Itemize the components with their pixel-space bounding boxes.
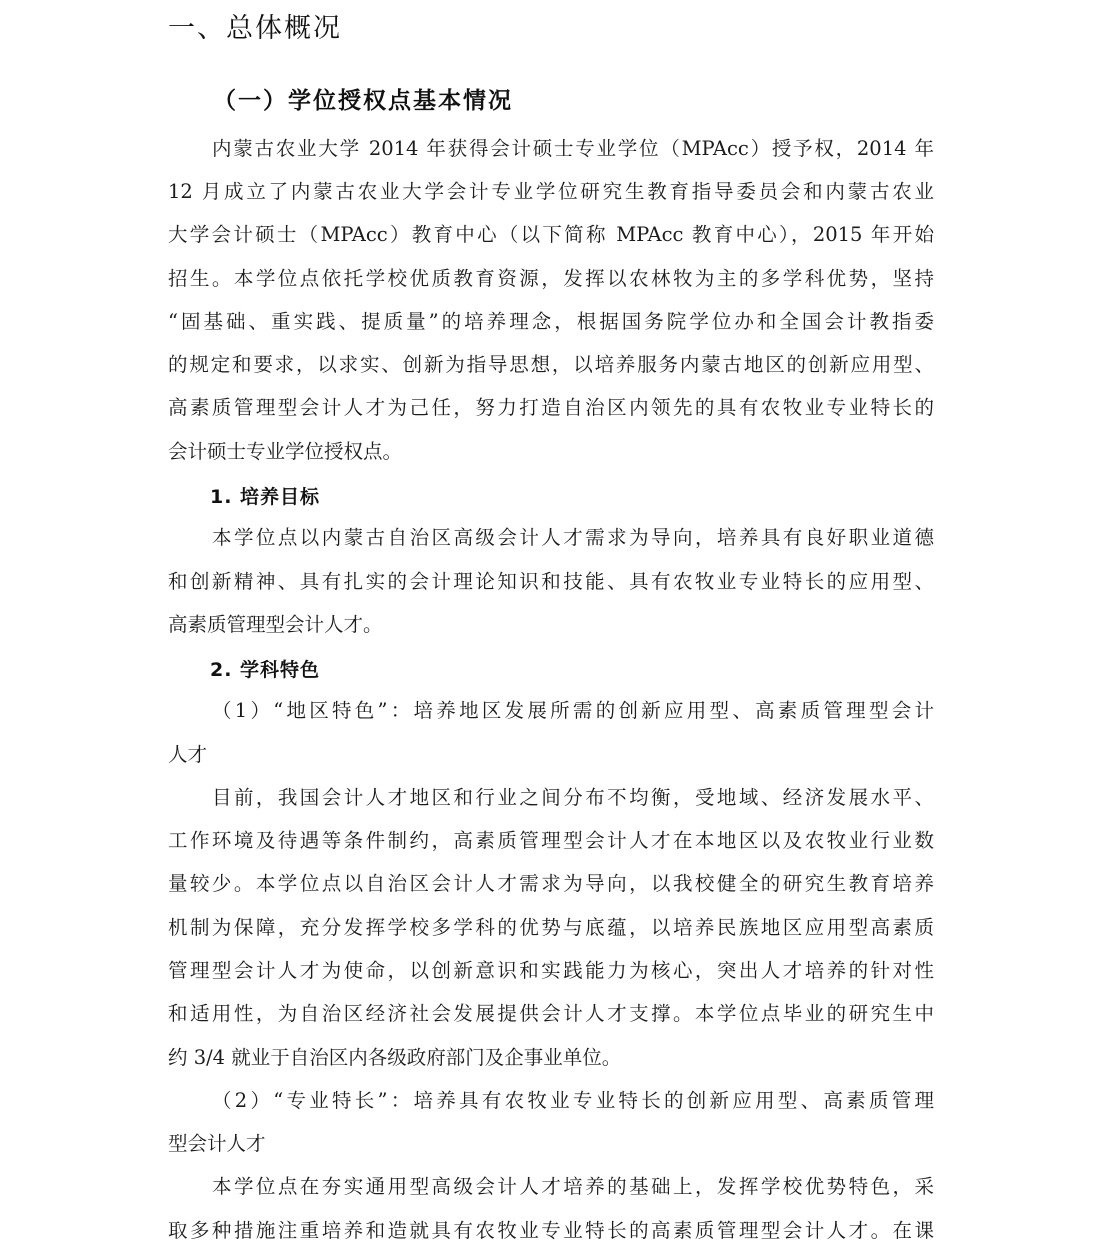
paragraph-line: 招生。本学位点依托学校优质教育资源，发挥以农林牧为主的多学科优势，坚持 xyxy=(168,264,934,294)
paragraph-line: 约 3/4 就业于自治区内各级政府部门及企事业单位。 xyxy=(168,1043,934,1073)
paragraph-line: 工作环境及待遇等条件制约，高素质管理型会计人才在本地区以及农牧业行业数 xyxy=(168,826,934,856)
paragraph-line: 高素质管理型会计人才。 xyxy=(168,610,934,640)
paragraph-line: 内蒙古农业大学 2014 年获得会计硕士专业学位（MPAcc）授予权，2014 … xyxy=(212,134,934,164)
feature-title-line: 型会计人才 xyxy=(168,1129,934,1159)
heading-discipline-features: 2. 学科特色 xyxy=(210,655,320,682)
paragraph-line: 12 月成立了内蒙古农业大学会计专业学位研究生教育指导委员会和内蒙古农业 xyxy=(168,177,934,207)
paragraph-line: 高素质管理型会计人才为己任，努力打造自治区内领先的具有农牧业专业特长的 xyxy=(168,393,934,423)
paragraph-line: 本学位点以内蒙古自治区高级会计人才需求为导向，培养具有良好职业道德 xyxy=(212,523,934,553)
paragraph-line: 和创新精神、具有扎实的会计理论知识和技能、具有农牧业专业特长的应用型、 xyxy=(168,567,934,597)
paragraph-line: 的规定和要求，以求实、创新为指导思想，以培养服务内蒙古地区的创新应用型、 xyxy=(168,350,934,380)
paragraph-line: 取多种措施注重培养和造就具有农牧业专业特长的高素质管理型会计人才。在课 xyxy=(168,1216,934,1246)
paragraph-line: 大学会计硕士（MPAcc）教育中心（以下简称 MPAcc 教育中心），2015 … xyxy=(168,220,934,250)
feature-title-line: 人才 xyxy=(168,740,934,770)
section-title: 一、总体概况 xyxy=(168,6,342,45)
paragraph-line: 会计硕士专业学位授权点。 xyxy=(168,437,934,467)
subsection-title: （一）学位授权点基本情况 xyxy=(213,82,513,115)
feature-title-line: （2）“专业特长”：培养具有农牧业专业特长的创新应用型、高素质管理 xyxy=(212,1086,934,1116)
paragraph-line: 本学位点在夯实通用型高级会计人才培养的基础上，发挥学校优势特色，采 xyxy=(212,1172,934,1202)
feature-title-line: （1）“地区特色”：培养地区发展所需的创新应用型、高素质管理型会计 xyxy=(212,696,934,726)
paragraph-line: 机制为保障，充分发挥学校多学科的优势与底蕴，以培养民族地区应用型高素质 xyxy=(168,913,934,943)
paragraph-line: “固基础、重实践、提质量”的培养理念，根据国务院学位办和全国会计教指委 xyxy=(168,307,934,337)
heading-training-goals: 1. 培养目标 xyxy=(210,482,320,509)
paragraph-line: 目前，我国会计人才地区和行业之间分布不均衡，受地域、经济发展水平、 xyxy=(212,783,934,813)
document-page: 一、总体概况 （一）学位授权点基本情况 内蒙古农业大学 2014 年获得会计硕士… xyxy=(0,0,1102,1255)
paragraph-line: 管理型会计人才为使命，以创新意识和实践能力为核心，突出人才培养的针对性 xyxy=(168,956,934,986)
paragraph-line: 量较少。本学位点以自治区会计人才需求为导向，以我校健全的研究生教育培养 xyxy=(168,869,934,899)
paragraph-line: 和适用性，为自治区经济社会发展提供会计人才支撑。本学位点毕业的研究生中 xyxy=(168,999,934,1029)
